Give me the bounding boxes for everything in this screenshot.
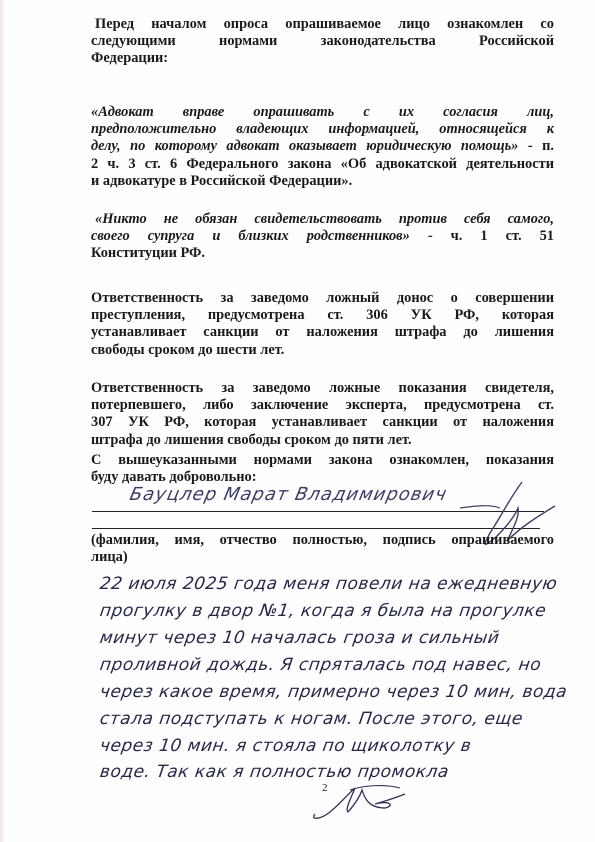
caption-line: (фамилия, имя, отчество полностью, подпи… [91,532,554,549]
quote-italic-part: делу, по которому адвокат оказывает юрид… [91,138,518,154]
handwritten-line: прогулку в двор №1, когда я была на прог… [99,601,572,621]
law-reference-line: Конституции РФ. [91,245,554,262]
article-307-paragraph: Ответственность за заведомо ложные показ… [91,380,554,449]
article-line: свободы сроком до шести лет. [91,342,554,359]
intro-paragraph: Перед началом опроса опрашиваемое лицо о… [91,16,554,68]
article-line: преступления, предусмотрена ст. 306 УК Р… [91,307,554,324]
handwritten-line: 22 июля 2025 года меня повели на ежеднев… [99,574,572,594]
article-line: штрафа до лишения свободы сроком до пяти… [91,432,554,449]
quote-italic-part: своего супруга и близких родственников» [91,228,410,244]
intro-line: следующими нормами законодательства Росс… [91,33,554,50]
article-line: потерпевшего, либо заключение эксперта, … [91,397,554,414]
advocate-law-quote: «Адвокат вправе опрашивать с их согласия… [91,104,554,190]
article-line: Ответственность за заведомо ложные показ… [91,380,554,397]
handwritten-line: воде. Так как я полностью промокла [99,762,572,782]
page-initials-signature [310,782,410,822]
quote-mixed-line: делу, по которому адвокат оказывает юрид… [91,138,554,155]
handwritten-line: проливной дождь. Я спряталась под навес,… [99,655,572,675]
intro-line: Перед началом опроса опрашиваемое лицо о… [91,16,554,33]
article-line: устанавливает санкции от наложения штраф… [91,324,554,341]
acknowledgement-line: С вышеуказанными нормами закона ознакомл… [91,452,554,469]
quote-line: «Никто не обязан свидетельствовать проти… [91,211,554,228]
intro-line: Федерации: [91,50,554,67]
quote-line: «Адвокат вправе опрашивать с их согласия… [91,104,554,121]
handwritten-line: минут через 10 началась гроза и сильный [99,628,572,648]
caption-line: лица) [91,549,554,566]
article-306-paragraph: Ответственность за заведомо ложный донос… [91,290,554,359]
signature-caption: (фамилия, имя, отчество полностью, подпи… [91,532,554,566]
law-reference-line: и адвокатуре в Российской Федерации». [91,173,554,190]
constitution-quote: «Никто не обязан свидетельствовать проти… [91,211,554,263]
handwritten-line: через 10 мин. я стояла по щиколотку в [99,736,572,756]
quote-line: предположительно владеющих информацией, … [91,121,554,138]
handwritten-line: стала подступать к ногам. После этого, е… [99,709,572,729]
handwritten-full-name: Бауцлер Марат Владимирович [128,484,449,505]
quote-mixed-line: своего супруга и близких родственников» … [91,228,554,245]
document-page: Перед началом опроса опрашиваемое лицо о… [0,0,595,842]
scan-edge [0,0,6,842]
article-line: Ответственность за заведомо ложный донос… [91,290,554,307]
quote-reference-part: - ч. 1 ст. 51 [410,228,554,244]
law-reference-line: 2 ч. 3 ст. 6 Федерального закона «Об адв… [91,156,554,173]
handwritten-line: через какое время, примерно через 10 мин… [99,682,572,702]
article-line: 307 УК РФ, которая устанавливает санкции… [91,414,554,431]
quote-reference-part: - п. [518,138,554,154]
